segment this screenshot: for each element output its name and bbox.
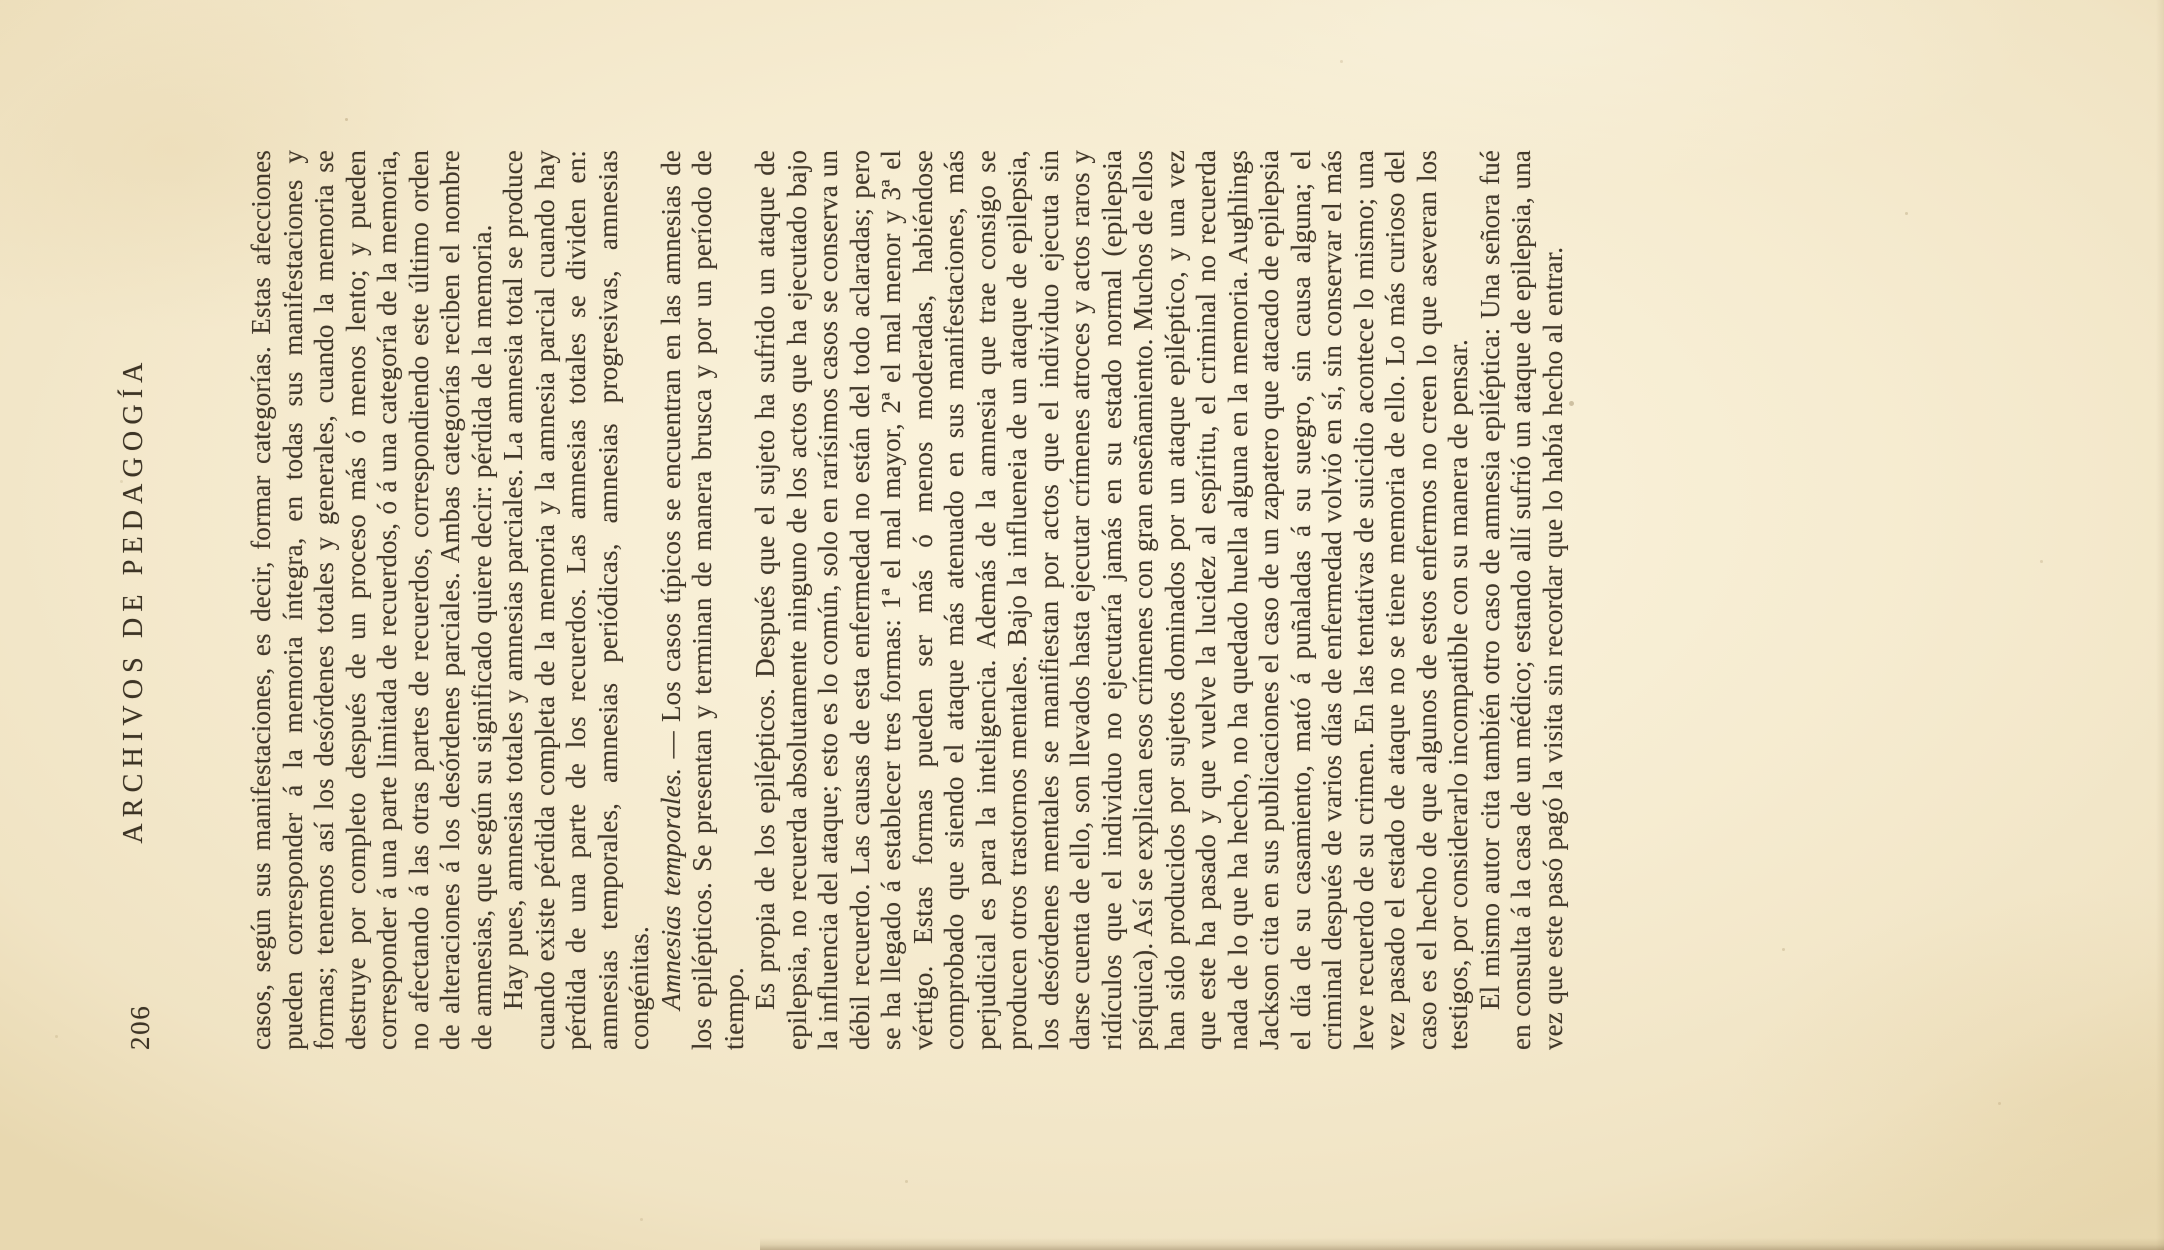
body-text: casos, según sus manifestaciones, es dec…	[246, 150, 1569, 1050]
page-bottom-edge-shadow	[760, 1238, 2164, 1250]
page-number: 206	[125, 1005, 156, 1050]
book-page-sheet: 206 ARCHIVOS DE PEDAGOGÍA casos, según s…	[0, 0, 2164, 1250]
page-right-edge-shadow	[2156, 0, 2164, 1250]
paragraph: Hay pues, amnesias totales y amnesias pa…	[498, 150, 656, 1050]
running-title: ARCHIVOS DE PEDAGOGÍA	[118, 356, 149, 843]
scanned-book-page: 206 ARCHIVOS DE PEDAGOGÍA casos, según s…	[0, 0, 2164, 1250]
running-header: 206 ARCHIVOS DE PEDAGOGÍA	[118, 150, 150, 1050]
paragraph: Es propia de los epilépticos. Después qu…	[750, 150, 1475, 1050]
paragraph-lead-italic: Amnesias temporales.	[656, 768, 686, 1010]
paragraph: Amnesias temporales. — Los casos típicos…	[656, 150, 751, 1050]
paragraph: El mismo autor cita también otro caso de…	[1475, 150, 1570, 1050]
paper-specks	[0, 0, 3, 3]
paragraph: casos, según sus manifestaciones, es dec…	[246, 150, 498, 1050]
